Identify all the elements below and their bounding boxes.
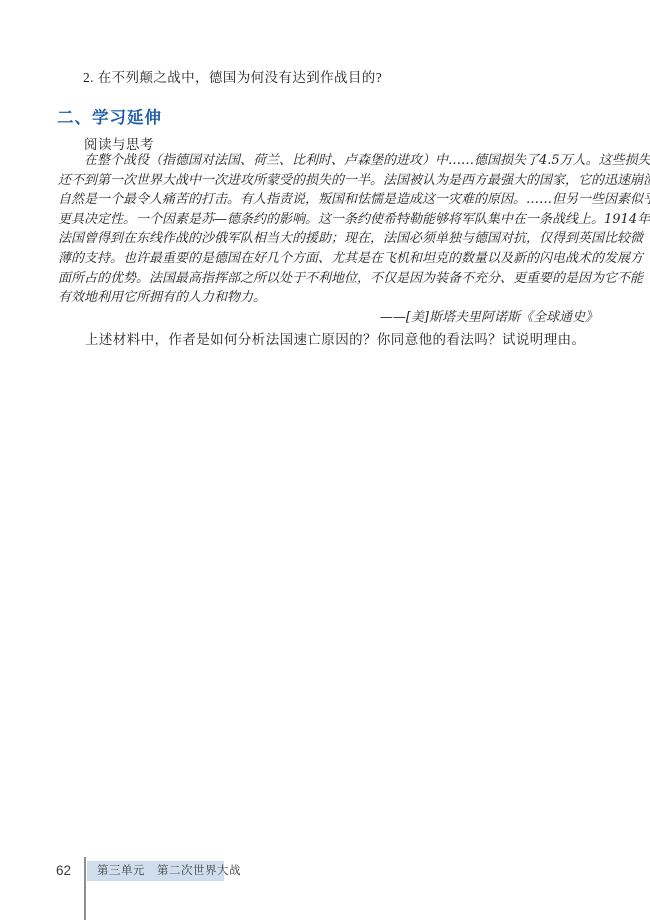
quote-line: 有效地利用它所拥有的人力和物力。	[58, 288, 598, 308]
page-number: 62	[56, 863, 71, 878]
quote-line: 自然是一个最令人痛苦的打击。有人指责说，叛国和怯懦是造成这一灾难的原因。……但另…	[58, 190, 598, 210]
subsection-title: 阅读与思考	[84, 133, 154, 153]
quote-attribution: ——[美]斯塔夫里阿诺斯《全球通史》	[58, 308, 598, 328]
quote-line: 薄的支持。也许最重要的是德国在好几个方面、尤其是在飞机和坦克的数量以及新的闪电战…	[58, 249, 598, 269]
quote-line: 在整个战役（指德国对法国、荷兰、比利时、卢森堡的进攻）中……德国损失了4.5万人…	[58, 151, 598, 171]
quote-line: 更具决定性。一个因素是苏—德条约的影响。这一条约使希特勒能够将军队集中在一条战线…	[58, 210, 598, 230]
quote-line: 面所占的优势。法国最高指挥部之所以处于不利地位，不仅是因为装备不充分、更重要的是…	[58, 269, 598, 289]
quote-line: 还不到第一次世界大战中一次进攻所蒙受的损失的一半。法国被认为是西方最强大的国家，…	[58, 171, 598, 191]
footer-unit-title: 第三单元 第二次世界大战	[97, 865, 241, 877]
quote-line: 法国曾得到在东线作战的沙俄军队相当大的援助；现在，法国必须单独与德国对抗，仅得到…	[58, 229, 598, 249]
footer-unit-bar: 第三单元 第二次世界大战	[87, 861, 224, 881]
question-2: 2. 在不列颠之战中，德国为何没有达到作战目的?	[83, 66, 382, 86]
textbook-page: 2. 在不列颠之战中，德国为何没有达到作战目的? 二、学习延伸 阅读与思考 在整…	[0, 0, 650, 920]
footer-divider-rule	[84, 857, 86, 920]
quote-block: 在整个战役（指德国对法国、荷兰、比利时、卢森堡的进攻）中……德国损失了4.5万人…	[58, 151, 598, 327]
task-paragraph: 上述材料中，作者是如何分析法国速亡原因的？你同意他的看法吗？试说明理由。	[58, 328, 598, 348]
section-heading: 二、学习延伸	[57, 104, 162, 128]
